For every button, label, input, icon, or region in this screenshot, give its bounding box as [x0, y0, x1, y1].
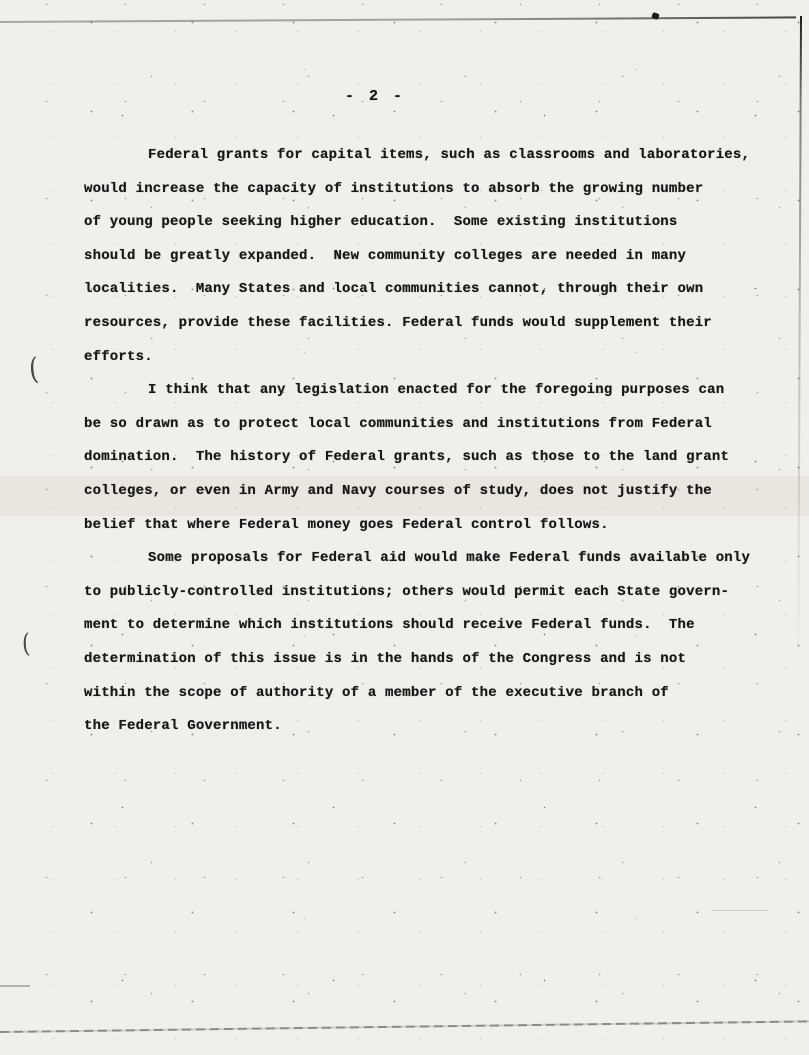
- typed-line: colleges, or even in Army and Navy cours…: [84, 475, 764, 509]
- typed-line: within the scope of authority of a membe…: [84, 677, 764, 711]
- typed-line: I think that any legislation enacted for…: [84, 374, 764, 408]
- page-number: - 2 -: [0, 88, 750, 105]
- scan-scratch-mark: [712, 910, 767, 911]
- paragraph-2: I think that any legislation enacted for…: [84, 374, 764, 542]
- scanned-document-page: - 2 - ( ( Federal grants for capital ite…: [0, 0, 809, 1055]
- typed-line: efforts.: [84, 341, 764, 375]
- typed-line: domination. The history of Federal grant…: [84, 441, 764, 475]
- typed-line: to publicly-controlled institutions; oth…: [84, 576, 764, 610]
- typed-line: ment to determine which institutions sho…: [84, 609, 764, 643]
- handwritten-paren-mark: (: [21, 629, 31, 659]
- typed-line: the Federal Government.: [84, 710, 764, 744]
- scan-edge-bottom-line: [0, 1020, 809, 1032]
- typed-line: be so drawn as to protect local communit…: [84, 408, 764, 442]
- typed-line: localities. Many States and local commun…: [84, 273, 764, 307]
- typed-line: would increase the capacity of instituti…: [84, 173, 764, 207]
- typed-line: should be greatly expanded. New communit…: [84, 240, 764, 274]
- typed-line: of young people seeking higher education…: [84, 206, 764, 240]
- scan-edge-right-line: [797, 16, 802, 671]
- typed-line: determination of this issue is in the ha…: [84, 643, 764, 677]
- typed-line: Federal grants for capital items, such a…: [84, 139, 764, 173]
- paragraph-1: Federal grants for capital items, such a…: [84, 139, 764, 374]
- typed-line: resources, provide these facilities. Fed…: [84, 307, 764, 341]
- paragraph-3: Some proposals for Federal aid would mak…: [84, 542, 764, 744]
- typed-line: Some proposals for Federal aid would mak…: [84, 542, 764, 576]
- typed-line: belief that where Federal money goes Fed…: [84, 509, 764, 543]
- handwritten-paren-mark: (: [28, 352, 40, 388]
- typed-text-block: Federal grants for capital items, such a…: [84, 139, 764, 744]
- scan-edge-top-line: [0, 16, 796, 22]
- scan-scratch-mark: [0, 985, 30, 987]
